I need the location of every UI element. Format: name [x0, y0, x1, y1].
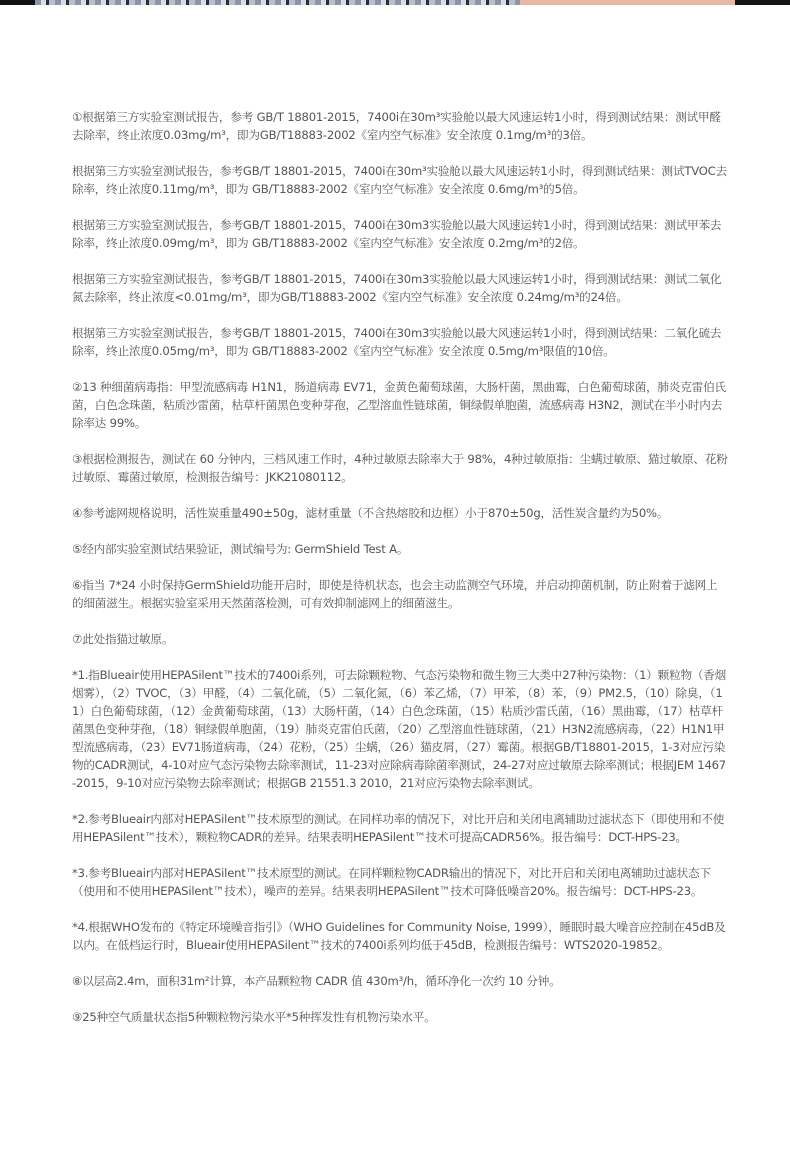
note-5-germshield-test: ⑤经内部实验室测试结果验证，测试编号为: GermShield Test A。: [72, 540, 728, 558]
note-7-cat-allergen: ⑦此处指猫过敏原。: [72, 630, 728, 648]
note-1-formaldehyde: ①根据第三方实验室测试报告，参考 GB/T 18801-2015，7400i在3…: [72, 108, 728, 144]
footnote-3-noise: *3.参考Blueair内部对HEPASilent™技术原型的测试。在同样颗粒物…: [72, 864, 728, 900]
note-1-toluene: 根据第三方实验室测试报告，参考GB/T 18801-2015，7400i在30m…: [72, 216, 728, 252]
note-6-germshield-standby: ⑥指当 7*24 小时保持GermShield功能开启时，即使是待机状态，也会主…: [72, 576, 728, 612]
top-image-strip: [0, 0, 790, 5]
footnote-2-cadr: *2.参考Blueair内部对HEPASilent™技术原型的测试。在同样功率的…: [72, 810, 728, 846]
note-1-so2: 根据第三方实验室测试报告，参考GB/T 18801-2015，7400i在30m…: [72, 324, 728, 360]
image-strip-skin: [520, 0, 735, 5]
footnote-4-who-noise: *4.根据WHO发布的《特定环境噪音指引》（WHO Guidelines for…: [72, 918, 728, 954]
note-3-allergens: ③根据检测报告，测试在 60 分钟内，三档风速工作时，4种过敏原去除率大于 98…: [72, 450, 728, 486]
note-8-room-cadr: ⑧以层高2.4m，面积31m²计算，本产品颗粒物 CADR 值 430m³/h，…: [72, 972, 728, 990]
image-strip-texture: [35, 0, 520, 5]
note-2-bacteria-virus: ②13 种细菌病毒指：甲型流感病毒 H1N1，肠道病毒 EV71，金黄色葡萄球菌…: [72, 378, 728, 432]
image-strip-dark-left: [0, 0, 35, 5]
note-1-tvoc: 根据第三方实验室测试报告，参考GB/T 18801-2015，7400i在30m…: [72, 162, 728, 198]
note-4-filter-spec: ④参考滤网规格说明，活性炭重量490±50g，滤材重量（不含热熔胶和边框）小于8…: [72, 504, 728, 522]
note-9-air-quality-states: ⑨25种空气质量状态指5种颗粒物污染水平*5种挥发性有机物污染水平。: [72, 1008, 728, 1026]
disclaimer-notes: ①根据第三方实验室测试报告，参考 GB/T 18801-2015，7400i在3…: [72, 108, 728, 1044]
note-1-no2: 根据第三方实验室测试报告，参考GB/T 18801-2015，7400i在30m…: [72, 270, 728, 306]
footnote-1-pollutants: *1.指Blueair使用HEPASilent™技术的7400i系列，可去除颗粒…: [72, 666, 728, 792]
image-strip-dark-right: [735, 0, 790, 5]
